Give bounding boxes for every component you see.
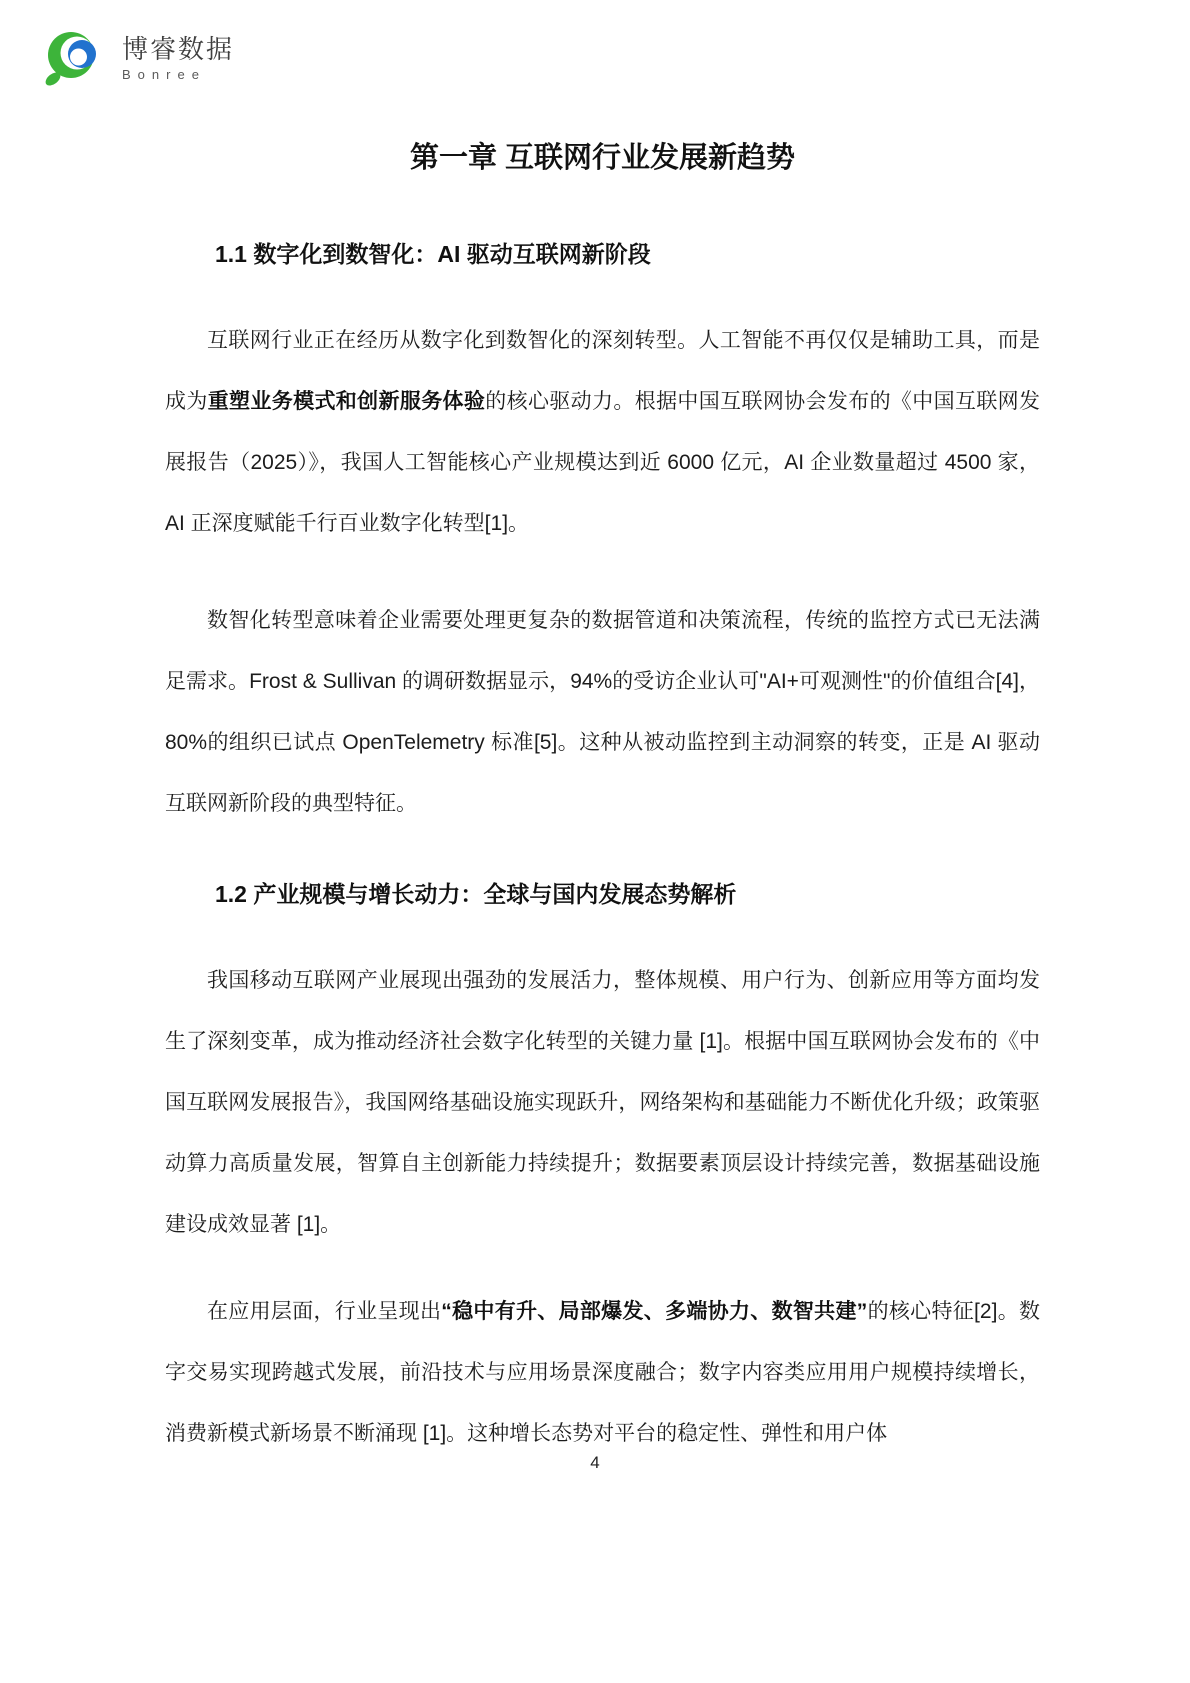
paragraph-text-run: 在应用层面，行业呈现出: [207, 1300, 441, 1323]
paragraph-text-run: 数智化转型意味着企业需要处理更复杂的数据管道和决策流程，传统的监控方式已无法满足…: [165, 609, 1040, 815]
document-body: 第一章 互联网行业发展新趋势 1.1 数字化到数智化：AI 驱动互联网新阶段 互…: [0, 140, 1190, 1464]
paragraph: 数智化转型意味着企业需要处理更复杂的数据管道和决策流程，传统的监控方式已无法满足…: [165, 590, 1040, 834]
page-number: 4: [0, 1453, 1190, 1473]
section-heading-1-1: 1.1 数字化到数智化：AI 驱动互联网新阶段: [215, 240, 1040, 269]
bonree-logo-text: 博睿数据 Bonree: [122, 35, 234, 81]
paragraph-bold-run: 重塑业务模式和创新服务体验: [208, 390, 486, 413]
paragraph: 互联网行业正在经历从数字化到数智化的深刻转型。人工智能不再仅仅是辅助工具，而是成…: [165, 310, 1040, 554]
logo-name-zh: 博睿数据: [122, 35, 234, 64]
paragraph-text-run: 我国移动互联网产业展现出强劲的发展活力，整体规模、用户行为、创新应用等方面均发生…: [165, 969, 1040, 1236]
section-heading-1-2: 1.2 产业规模与增长动力：全球与国内发展态势解析: [215, 880, 1040, 909]
document-page: 博睿数据 Bonree 第一章 互联网行业发展新趋势 1.1 数字化到数智化：A…: [0, 0, 1190, 1683]
paragraph: 我国移动互联网产业展现出强劲的发展活力，整体规模、用户行为、创新应用等方面均发生…: [165, 950, 1040, 1255]
logo-name-en: Bonree: [122, 68, 234, 81]
chapter-title: 第一章 互联网行业发展新趋势: [165, 140, 1040, 176]
bonree-logo: 博睿数据 Bonree: [44, 28, 234, 88]
bonree-logo-icon: [44, 28, 108, 88]
paragraph: 在应用层面，行业呈现出“稳中有升、局部爆发、多端协力、数智共建”的核心特征[2]…: [165, 1281, 1040, 1464]
paragraph-bold-run: “稳中有升、局部爆发、多端协力、数智共建”: [441, 1300, 867, 1323]
